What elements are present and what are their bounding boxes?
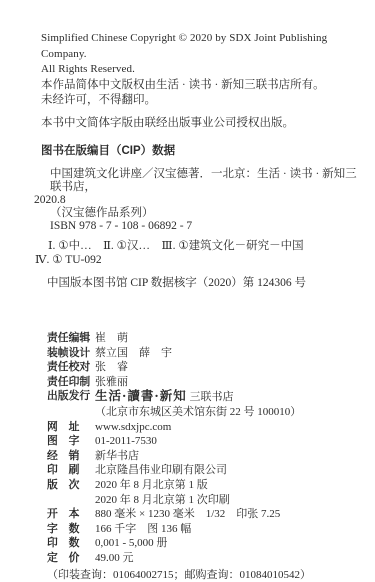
inquiry-phone-line: （印装查询：01064002715；邮购查询：01084010542） <box>47 568 357 582</box>
pub-label: 责任编辑 <box>47 331 95 346</box>
pub-value: 2020 年 8 月北京第 1 次印刷 <box>95 493 230 508</box>
pub-row-printer: 印 刷 北京隆昌伟业印刷有限公司 <box>47 463 357 478</box>
pub-label: 出版发行 <box>47 389 95 405</box>
cip-data-block: 图书在版编目（CIP）数据 中国建筑文化讲座／汉宝德著．一北京：生活 · 读书 … <box>41 144 357 290</box>
pub-row-publisher-address: （北京市东城区美术馆东街 22 号 100010） <box>47 405 357 420</box>
cip-isbn-line: ISBN 978 - 7 - 108 - 06892 - 7 <box>41 220 357 233</box>
pub-label: 经 销 <box>47 449 95 464</box>
pub-value: 张雅丽 <box>95 375 128 390</box>
pub-row-edition: 版 次 2020 年 8 月北京第 1 版 <box>47 478 357 493</box>
cip-registry-line: 中国版本图书馆 CIP 数据核字（2020）第 124306 号 <box>47 276 357 290</box>
pub-label: 印 数 <box>47 536 95 551</box>
copyright-line-chinese-1: 本作品简体中文版权由生活 · 读书 · 新知三联书店所有。 <box>41 78 357 94</box>
sdx-logotype: 生活·讀書·新知 <box>95 388 187 403</box>
copyright-line-english-1: Simplified Chinese Copyright © 2020 by S… <box>41 31 357 62</box>
pub-row-print-supervisor: 责任印制 张雅丽 <box>47 375 357 390</box>
pub-label: 图 字 <box>47 434 95 449</box>
pub-label: 字 数 <box>47 522 95 537</box>
pub-label: 责任印制 <box>47 375 95 390</box>
pub-value: 张 睿 <box>95 360 128 375</box>
pub-label: 责任校对 <box>47 360 95 375</box>
publisher-name: 三联书店 <box>189 391 233 403</box>
copyright-line-chinese-2: 未经许可，不得翻印。 <box>41 93 357 109</box>
pub-label: 版 次 <box>47 478 95 493</box>
pub-row-editor: 责任编辑 崔 萌 <box>47 331 357 346</box>
pub-row-format: 开 本 880 毫米 × 1230 毫米 1/32 印张 7.25 <box>47 507 357 522</box>
copyright-notice: Simplified Chinese Copyright © 2020 by S… <box>41 31 357 109</box>
pub-row-publisher: 出版发行 生活·讀書·新知 三联书店 <box>47 389 357 405</box>
copyright-line-english-2: All Rights Reserved. <box>41 62 357 78</box>
pub-value: 新华书店 <box>95 449 139 464</box>
pub-value: 01-2011-7530 <box>95 434 157 449</box>
cip-record-year-line: 2020.8 <box>34 194 357 207</box>
pub-row-price: 定 价 49.00 元 <box>47 551 357 566</box>
cip-classification: Ⅰ. ①中… Ⅱ. ①汉… Ⅲ. ①建筑文化－研究－中国 Ⅳ. ① TU-092 <box>41 240 357 267</box>
pub-value: 蔡立国 薛 宇 <box>95 346 172 361</box>
pub-value: 2020 年 8 月北京第 1 版 <box>95 478 208 493</box>
pub-row-copyright-number: 图 字 01-2011-7530 <box>47 434 357 449</box>
publication-info: 责任编辑 崔 萌 装帧设计 蔡立国 薛 宇 责任校对 张 睿 责任印制 张雅丽 … <box>47 331 357 566</box>
pub-value: www.sdxjpc.com <box>95 420 171 435</box>
publisher-address: （北京市东城区美术馆东街 22 号 100010） <box>95 405 301 420</box>
cip-series-line: （汉宝德作品系列） <box>41 207 357 220</box>
pub-label: 印 刷 <box>47 463 95 478</box>
pub-label: 装帧设计 <box>47 346 95 361</box>
pub-row-wordcount: 字 数 166 千字 图 136 幅 <box>47 522 357 537</box>
pub-value: 166 千字 图 136 幅 <box>95 522 191 537</box>
pub-row-website: 网 址 www.sdxjpc.com <box>47 420 357 435</box>
pub-row-printing: 2020 年 8 月北京第 1 次印刷 <box>47 493 357 508</box>
pub-value: 生活·讀書·新知 三联书店 <box>95 389 233 405</box>
authorization-statement: 本书中文简体字版由联经出版事业公司授权出版。 <box>41 116 357 132</box>
pub-row-distributor: 经 销 新华书店 <box>47 449 357 464</box>
book-copyright-page: Simplified Chinese Copyright © 2020 by S… <box>0 0 375 582</box>
pub-value: 880 毫米 × 1230 毫米 1/32 印张 7.25 <box>95 507 280 522</box>
pub-label-spacer <box>47 405 95 420</box>
pub-label: 定 价 <box>47 551 95 566</box>
pub-value: 0,001 - 5,000 册 <box>95 536 167 551</box>
cip-classification-line-2: Ⅳ. ① TU-092 <box>35 254 357 268</box>
pub-row-print-run: 印 数 0,001 - 5,000 册 <box>47 536 357 551</box>
pub-value: 崔 萌 <box>95 331 128 346</box>
pub-value: 北京隆昌伟业印刷有限公司 <box>95 463 227 478</box>
pub-label: 网 址 <box>47 420 95 435</box>
pub-label-spacer <box>47 493 95 508</box>
pub-row-proofreader: 责任校对 张 睿 <box>47 360 357 375</box>
pub-row-design: 装帧设计 蔡立国 薛 宇 <box>47 346 357 361</box>
cip-record: 中国建筑文化讲座／汉宝德著．一北京：生活 · 读书 · 新知三联书店， 2020… <box>41 168 357 233</box>
pub-label: 开 本 <box>47 507 95 522</box>
cip-heading: 图书在版编目（CIP）数据 <box>41 144 357 158</box>
cip-record-title-line: 中国建筑文化讲座／汉宝德著．一北京：生活 · 读书 · 新知三联书店， <box>41 168 357 194</box>
pub-value: 49.00 元 <box>95 551 134 566</box>
cip-classification-line-1: Ⅰ. ①中… Ⅱ. ①汉… Ⅲ. ①建筑文化－研究－中国 <box>41 240 357 254</box>
